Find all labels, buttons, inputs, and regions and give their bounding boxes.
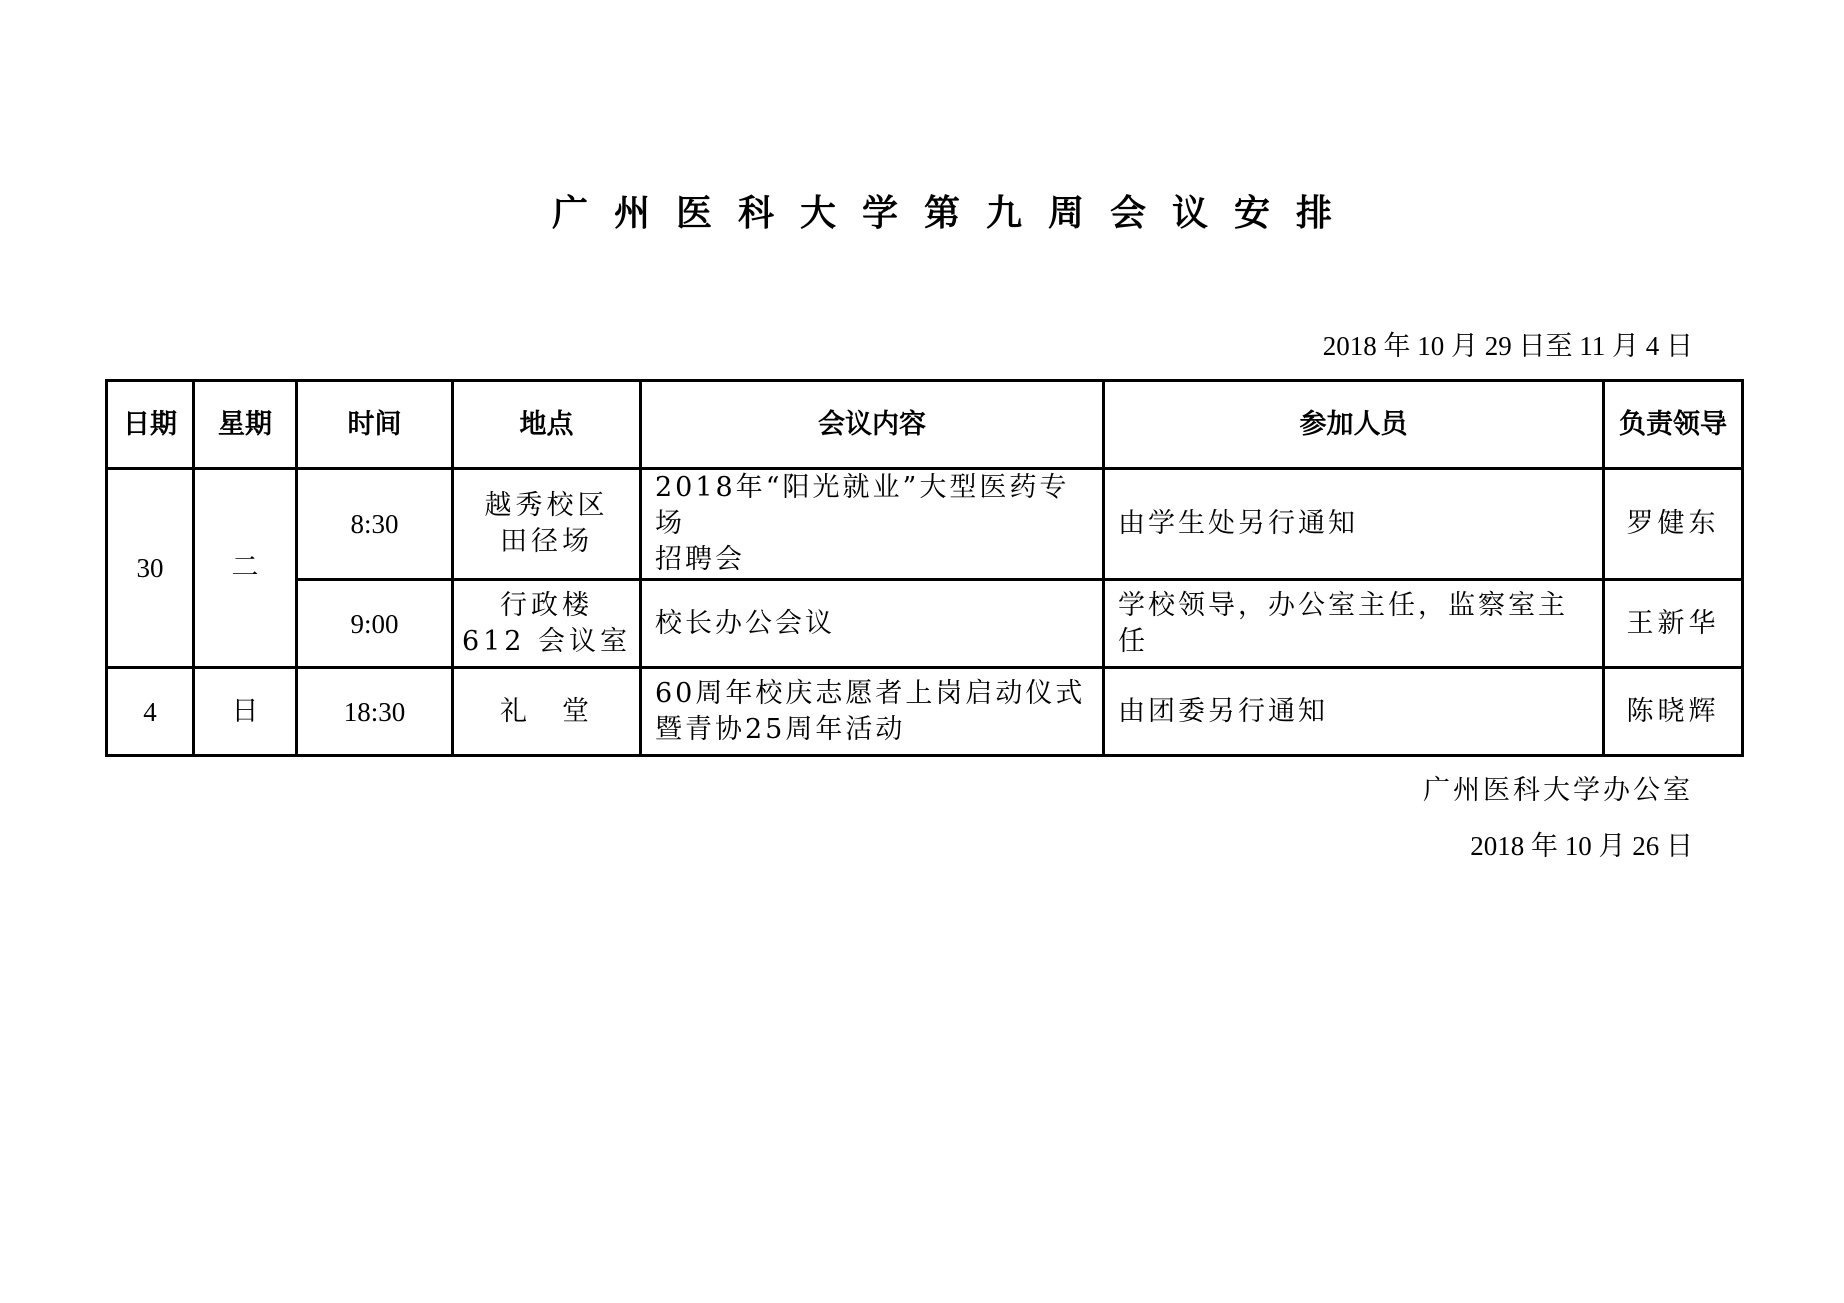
meeting-schedule-table: 日期 星期 时间 地点 会议内容 参加人员 负责领导 30 二 8:30 越秀校… <box>105 379 1744 757</box>
content-line: 招聘会 <box>655 542 1096 578</box>
header-content: 会议内容 <box>641 381 1104 469</box>
content-line: 60周年校庆志愿者上岗启动仪式 <box>655 676 1096 712</box>
location-line: 礼 堂 <box>454 694 639 730</box>
content-line: 校长办公会议 <box>655 606 1096 642</box>
cell-time: 8:30 <box>297 469 453 580</box>
location-line: 越秀校区 <box>454 488 639 524</box>
table-row: 30 二 8:30 越秀校区 田径场 2018年“阳光就业”大型医药专场 招聘会… <box>107 469 1743 580</box>
location-line: 田径场 <box>454 524 639 560</box>
cell-attendees: 学校领导，办公室主任，监察室主任 <box>1104 580 1604 668</box>
cell-date: 30 <box>107 469 194 668</box>
header-leader: 负责领导 <box>1604 381 1743 469</box>
content-line: 2018年“阳光就业”大型医药专场 <box>655 470 1096 542</box>
cell-attendees: 由学生处另行通知 <box>1104 469 1604 580</box>
cell-attendees: 由团委另行通知 <box>1104 668 1604 756</box>
cell-time: 9:00 <box>297 580 453 668</box>
cell-location: 越秀校区 田径场 <box>453 469 641 580</box>
cell-content: 60周年校庆志愿者上岗启动仪式 暨青协25周年活动 <box>641 668 1104 756</box>
cell-date: 4 <box>107 668 194 756</box>
content-line: 暨青协25周年活动 <box>655 712 1096 748</box>
table-row: 4 日 18:30 礼 堂 60周年校庆志愿者上岗启动仪式 暨青协25周年活动 … <box>107 668 1743 756</box>
issuing-office: 广州医科大学办公室 <box>1423 773 1693 809</box>
location-line: 612 会议室 <box>454 624 639 660</box>
cell-weekday: 日 <box>194 668 297 756</box>
header-time: 时间 <box>297 381 453 469</box>
date-range: 2018 年 10 月 29 日至 11 月 4 日 <box>1323 328 1693 364</box>
cell-weekday: 二 <box>194 469 297 668</box>
table-header-row: 日期 星期 时间 地点 会议内容 参加人员 负责领导 <box>107 381 1743 469</box>
header-attendees: 参加人员 <box>1104 381 1604 469</box>
document-title: 广州医科大学第九周会议安排 <box>552 190 1312 236</box>
header-location: 地点 <box>453 381 641 469</box>
table-row: 9:00 行政楼 612 会议室 校长办公会议 学校领导，办公室主任，监察室主任… <box>107 580 1743 668</box>
header-date: 日期 <box>107 381 194 469</box>
cell-leader: 陈晓辉 <box>1604 668 1743 756</box>
cell-leader: 罗健东 <box>1604 469 1743 580</box>
cell-content: 2018年“阳光就业”大型医药专场 招聘会 <box>641 469 1104 580</box>
issue-date: 2018 年 10 月 26 日 <box>1470 828 1693 864</box>
cell-location: 礼 堂 <box>453 668 641 756</box>
cell-leader: 王新华 <box>1604 580 1743 668</box>
header-weekday: 星期 <box>194 381 297 469</box>
cell-content: 校长办公会议 <box>641 580 1104 668</box>
location-line: 行政楼 <box>454 588 639 624</box>
cell-time: 18:30 <box>297 668 453 756</box>
cell-location: 行政楼 612 会议室 <box>453 580 641 668</box>
